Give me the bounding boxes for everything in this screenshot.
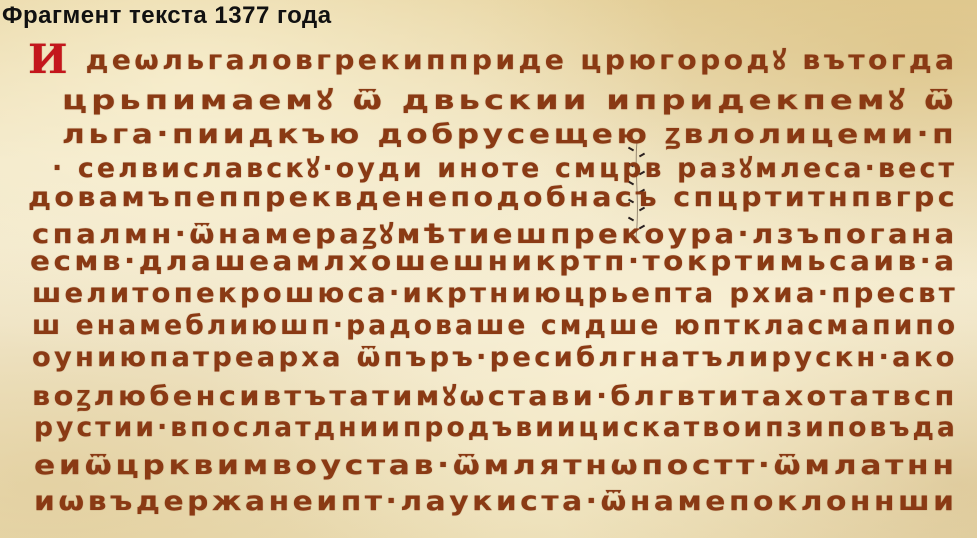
manuscript-line-9: ш енамеблиюшп·радоваше смдше юпткласмапи… bbox=[32, 310, 958, 341]
manuscript-line-10: оуниюпатреарха ѿпъръ·ресиблгнатълирускн·… bbox=[32, 342, 958, 373]
manuscript-line-12: рустии·впослатдниипродъвиицискатвоипзипо… bbox=[34, 412, 958, 443]
manuscript-line-1: Идеѡльгаловгрекипприде црюгородꙋ вътогда bbox=[28, 36, 957, 83]
manuscript-line-13: еиѿцрквимвоустав·ѿмлятнѡпостт·ѿмлатнн bbox=[34, 450, 958, 481]
line-text: есмв·длашеамлхошешникртп·токртимьсаив·а bbox=[30, 246, 958, 277]
line-text: иѡвъдержанеипт·лаукиста·ѿнамепоклоннши bbox=[34, 486, 958, 517]
line-text: довамъпеппреквденеподобнасъ спцртитнпвгр… bbox=[28, 182, 958, 213]
manuscript-line-4: · селвиславскꙋ·оуди иноте смцрв разꙋмлес… bbox=[52, 148, 957, 185]
line-text: црьпимаемꙋ ѿ двьскии ипридекпемꙋ ѿ bbox=[62, 85, 958, 116]
manuscript-line-11: воꙁлюбенсивтътатимꙋѡстави·блгвтитахотатв… bbox=[32, 376, 958, 413]
manuscript-line-14: иѡвъдержанеипт·лаукиста·ѿнамепоклоннши bbox=[34, 486, 958, 517]
line-text: шелитопекрошюса·икртниюцрьепта рхиа·прес… bbox=[32, 278, 958, 309]
line-text: льга·пиидкъю добрусещею ꙁвлолицеми·п bbox=[62, 119, 957, 150]
line-text: · селвиславскꙋ·оуди иноте смцрв разꙋмлес… bbox=[52, 153, 957, 184]
line-text: рустии·впослатдниипродъвиицискатвоипзипо… bbox=[34, 412, 958, 443]
manuscript-line-7: есмв·длашеамлхошешникртп·токртимьсаив·а bbox=[30, 246, 958, 277]
line-text: ш енамеблиюшп·радоваше смдше юпткласмапи… bbox=[32, 310, 958, 341]
manuscript-line-3: льга·пиидкъю добрусещею ꙁвлолицеми·п bbox=[62, 114, 957, 151]
manuscript-line-8: шелитопекрошюса·икртниюцрьепта рхиа·прес… bbox=[32, 278, 958, 309]
manuscript-line-5: довамъпеппреквденеподобнасъ спцртитнпвгр… bbox=[28, 182, 958, 213]
line-text: еиѿцрквимвоустав·ѿмлятнѡпостт·ѿмлатнн bbox=[34, 450, 958, 481]
manuscript-line-2: црьпимаемꙋ ѿ двьскии ипридекпемꙋ ѿ bbox=[62, 80, 958, 117]
line-text: оуниюпатреарха ѿпъръ·ресиблгнатълирускн·… bbox=[32, 342, 958, 373]
line-text: деѡльгаловгрекипприде црюгородꙋ вътогда bbox=[86, 45, 958, 76]
illuminated-initial: И bbox=[28, 36, 71, 83]
line-text: воꙁлюбенсивтътатимꙋѡстави·блгвтитахотатв… bbox=[32, 381, 958, 412]
image-caption-title: Фрагмент текста 1377 года bbox=[2, 2, 332, 30]
